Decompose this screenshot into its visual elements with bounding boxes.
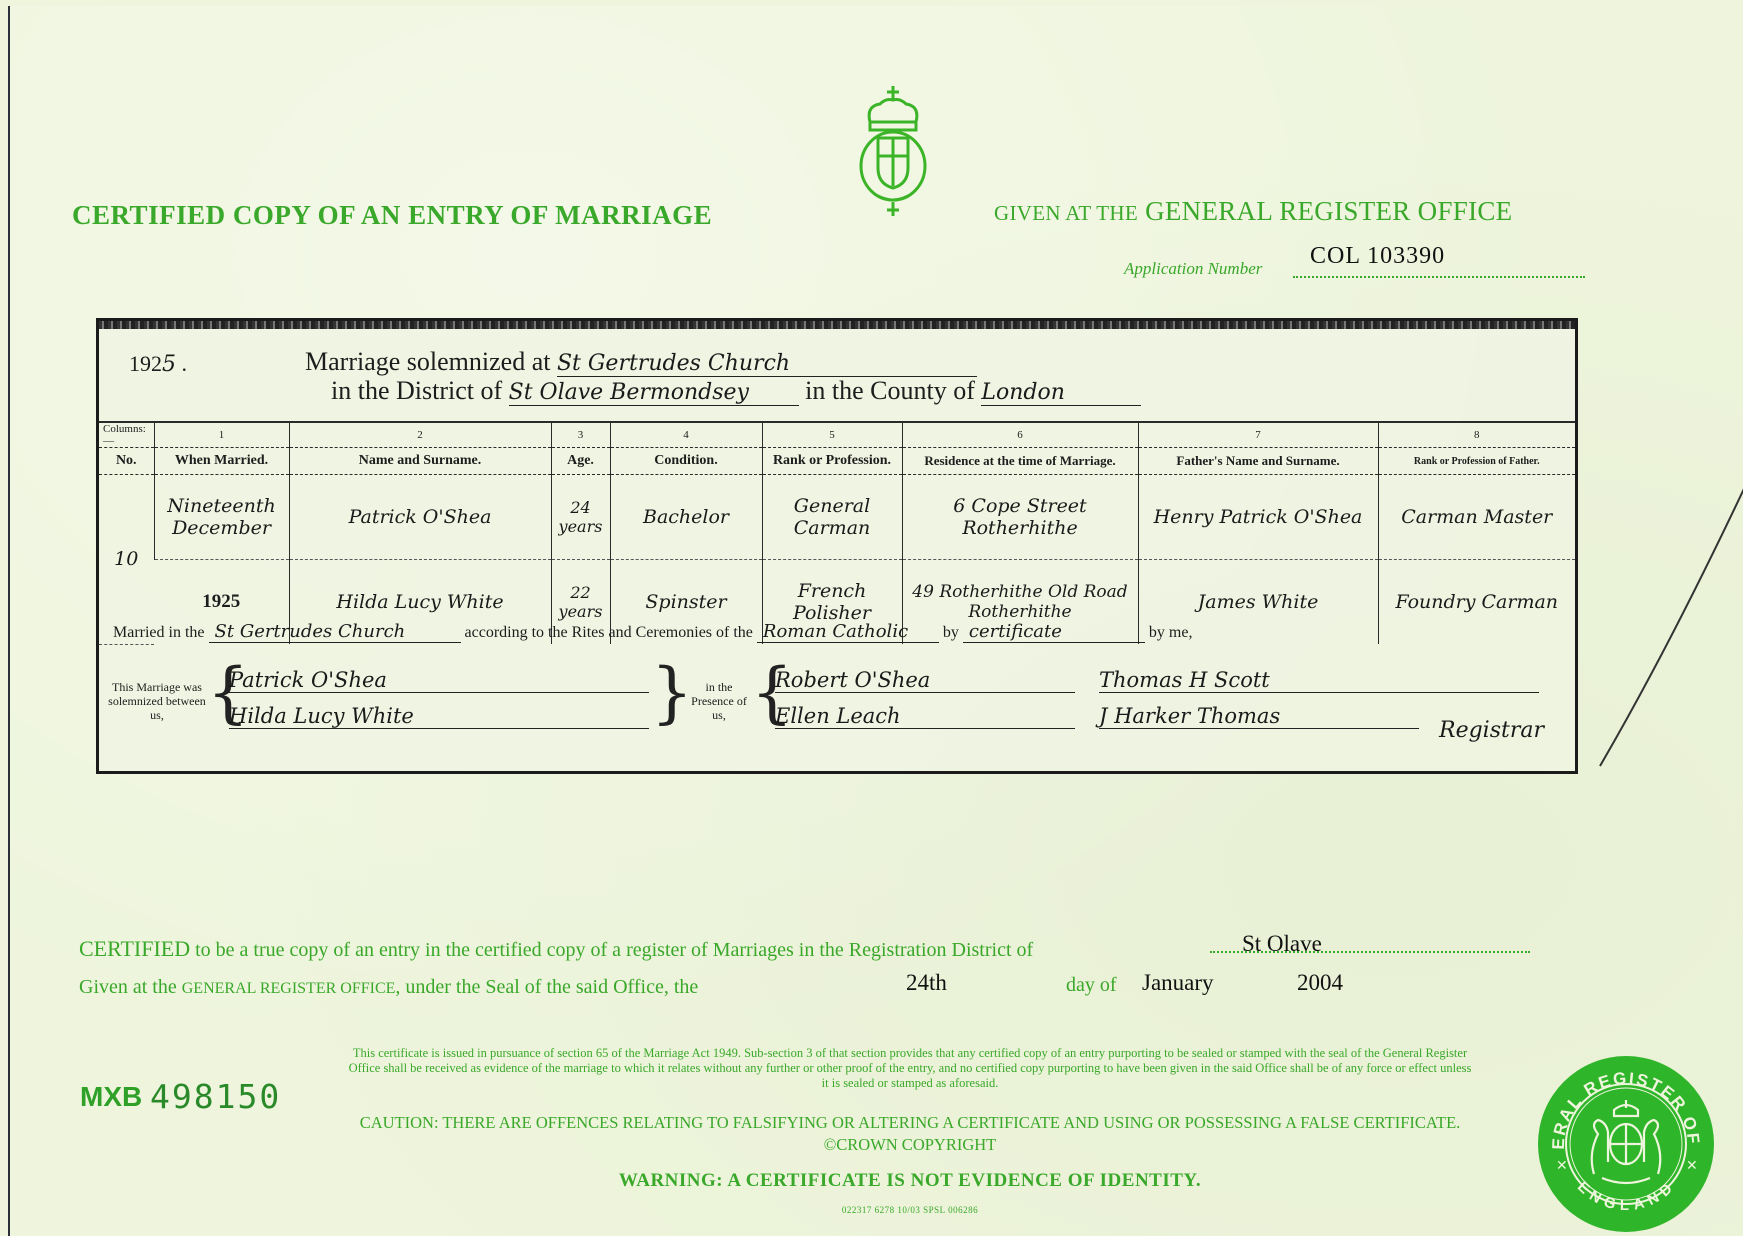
register-entry: 1925 . Marriage solemnized at St Gertrud… <box>96 318 1578 774</box>
groom-condition: Bachelor <box>610 475 762 560</box>
decorative-border <box>99 321 1575 329</box>
certification-line: CERTIFIED to be a true copy of an entry … <box>79 936 1033 962</box>
registration-district-value: St Olave <box>1242 931 1322 957</box>
col-header-condition: Condition. <box>610 448 762 475</box>
bride-father-rank: Foundry Carman <box>1378 560 1575 645</box>
column-header-row: No. When Married. Name and Surname. Age.… <box>99 448 1575 475</box>
col-header-name: Name and Surname. <box>289 448 551 475</box>
register-year: 1925 . <box>129 351 187 377</box>
groom-age: 24 years <box>551 475 610 560</box>
svg-text:✕: ✕ <box>1556 1157 1568 1173</box>
serial-number: 498150 <box>150 1077 281 1116</box>
bride-signature: Hilda Lucy White <box>229 704 649 729</box>
legal-notice: This certificate is issued in pursuance … <box>345 1046 1475 1091</box>
svg-text:✕: ✕ <box>1686 1157 1698 1173</box>
col-header-father-rank: Rank or Profession of Father. <box>1378 448 1575 475</box>
signatures-section: This Marriage was solemnized between us,… <box>99 666 1575 756</box>
by-value: certificate <box>963 621 1145 643</box>
certificate-title: CERTIFIED COPY OF AN ENTRY OF MARRIAGE <box>72 200 712 231</box>
registrar-flourish-stroke <box>1590 466 1743 776</box>
groom-father-rank: Carman Master <box>1378 475 1575 560</box>
application-number-value: COL 103390 <box>1310 243 1445 270</box>
solemnized-at-value: St Gertrudes Church <box>557 351 977 377</box>
col-header-no: No. <box>99 448 154 475</box>
col-header-residence: Residence at the time of Marriage. <box>902 448 1138 475</box>
column-number-row: Columns:— 1 2 3 4 5 6 7 8 <box>99 422 1575 448</box>
given-at-line: Given at the GENERAL REGISTER OFFICE, un… <box>79 976 698 999</box>
married-in-value: St Gertrudes Church <box>209 621 461 643</box>
between-us-label: This Marriage was solemnized between us, <box>105 680 209 722</box>
groom-rank: General Carman <box>762 475 902 560</box>
serial-prefix: MXB <box>80 1081 142 1113</box>
county-value: London <box>981 380 1141 406</box>
royal-crest-garter-icon <box>848 84 938 224</box>
identity-warning: WARNING: A CERTIFICATE IS NOT EVIDENCE O… <box>345 1170 1475 1192</box>
certificate-paper: CERTIFIED COPY OF AN ENTRY OF MARRIAGE G… <box>8 6 1743 1236</box>
when-married-date: Nineteenth December <box>154 475 289 560</box>
day-of-label: day of <box>1066 974 1117 997</box>
issue-year: 2004 <box>1297 970 1343 996</box>
application-number-label: Application Number <box>1124 259 1262 279</box>
issue-day: 24th <box>906 970 947 996</box>
witness-2-signature: Ellen Leach <box>775 704 1075 729</box>
register-table: Columns:— 1 2 3 4 5 6 7 8 No. When Marri… <box>99 421 1575 645</box>
district-value: St Olave Bermondsey <box>509 380 799 406</box>
print-code: 022317 6278 10/03 SPSL 006286 <box>345 1205 1475 1215</box>
table-row-groom: 10 Nineteenth December Patrick O'Shea 24… <box>99 475 1575 560</box>
col-header-when-married: When Married. <box>154 448 289 475</box>
district-line: in the District of St Olave Bermondsey i… <box>331 376 1141 406</box>
groom-signature: Patrick O'Shea <box>229 668 649 693</box>
groom-residence: 6 Cope Street Rotherhithe <box>902 475 1138 560</box>
presence-label: in the Presence of us, <box>689 680 749 722</box>
solemnized-at-line: Marriage solemnized at St Gertrudes Chur… <box>305 347 977 377</box>
col-header-father-name: Father's Name and Surname. <box>1138 448 1378 475</box>
officiant-2-signature: J Harker Thomas <box>1099 704 1419 729</box>
col-header-age: Age. <box>551 448 610 475</box>
given-at-header: GIVEN AT THE GENERAL REGISTER OFFICE <box>994 196 1512 227</box>
right-brace: } <box>651 660 693 726</box>
witness-1-signature: Robert O'Shea <box>775 668 1075 693</box>
royal-arms-seal-icon: GENERAL REGISTER OFFICE ENGLAND ✕ ✕ <box>1536 1054 1716 1234</box>
married-in-line: Married in the St Gertrudes Church accor… <box>113 621 1192 643</box>
entry-number: 10 <box>99 475 154 645</box>
officiant-1-signature: Thomas H Scott <box>1099 668 1539 693</box>
caution-notice: CAUTION: THERE ARE OFFENCES RELATING TO … <box>345 1112 1475 1156</box>
groom-father-name: Henry Patrick O'Shea <box>1138 475 1378 560</box>
groom-name: Patrick O'Shea <box>289 475 551 560</box>
col-header-rank: Rank or Profession. <box>762 448 902 475</box>
rites-value: Roman Catholic <box>757 621 939 643</box>
registrar-title: Registrar <box>1439 718 1544 743</box>
issue-month: January <box>1142 970 1214 996</box>
